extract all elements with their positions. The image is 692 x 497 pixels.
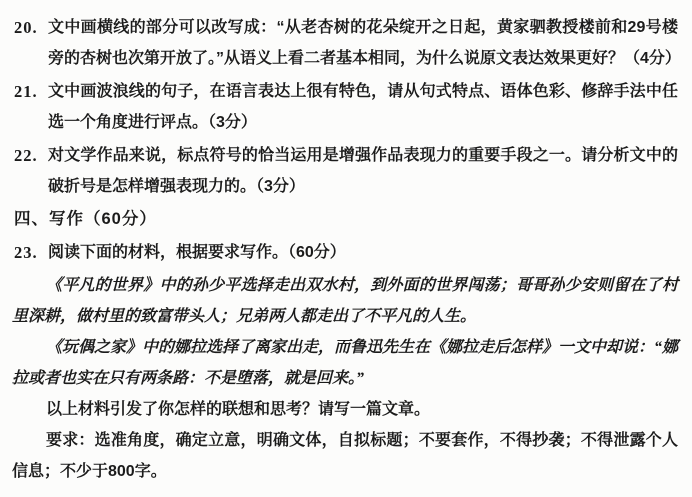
- question-21: 21. 文中画波浪线的句子，在语言表达上很有特色，请从句式特点、语体色彩、修辞手…: [14, 76, 678, 138]
- question-20-text: 文中画横线的部分可以改写成：“从老杏树的花朵绽开之日起，黄家驷教授楼前和29号楼…: [48, 19, 681, 67]
- essay-material-paragraph-1: 《平凡的世界》中的孙少平选择走出双水村，到外面的世界闯荡；哥哥孙少安则留在了村里…: [12, 270, 678, 332]
- section-heading-writing: 四、写作（60分）: [14, 204, 678, 235]
- question-22-text: 对文学作品来说，标点符号的恰当运用是增强作品表现力的重要手段之一。请分析文中的破…: [48, 147, 678, 195]
- essay-material-paragraph-2: 《玩偶之家》中的娜拉选择了离家出走，而鲁迅先生在《娜拉走后怎样》一文中却说：“娜…: [12, 332, 678, 394]
- essay-requirements: 要求：选准角度，确定立意，明确文体，自拟标题；不要套作，不得抄袭；不得泄露个人信…: [12, 425, 678, 487]
- question-23-number: 23.: [14, 237, 38, 268]
- question-22: 22. 对文学作品来说，标点符号的恰当运用是增强作品表现力的重要手段之一。请分析…: [14, 140, 678, 202]
- question-22-number: 22.: [14, 140, 38, 171]
- question-20-number: 20.: [14, 12, 38, 43]
- question-21-number: 21.: [14, 76, 38, 107]
- question-21-text: 文中画波浪线的句子，在语言表达上很有特色，请从句式特点、语体色彩、修辞手法中任选…: [48, 83, 678, 131]
- question-23: 23. 阅读下面的材料，根据要求写作。（60分）: [14, 237, 678, 268]
- question-20: 20. 文中画横线的部分可以改写成：“从老杏树的花朵绽开之日起，黄家驷教授楼前和…: [14, 12, 678, 74]
- question-23-text: 阅读下面的材料，根据要求写作。（60分）: [48, 244, 346, 261]
- exam-paper-page: 20. 文中画横线的部分可以改写成：“从老杏树的花朵绽开之日起，黄家驷教授楼前和…: [0, 0, 692, 497]
- essay-prompt: 以上材料引发了你怎样的联想和思考？请写一篇文章。: [12, 394, 678, 425]
